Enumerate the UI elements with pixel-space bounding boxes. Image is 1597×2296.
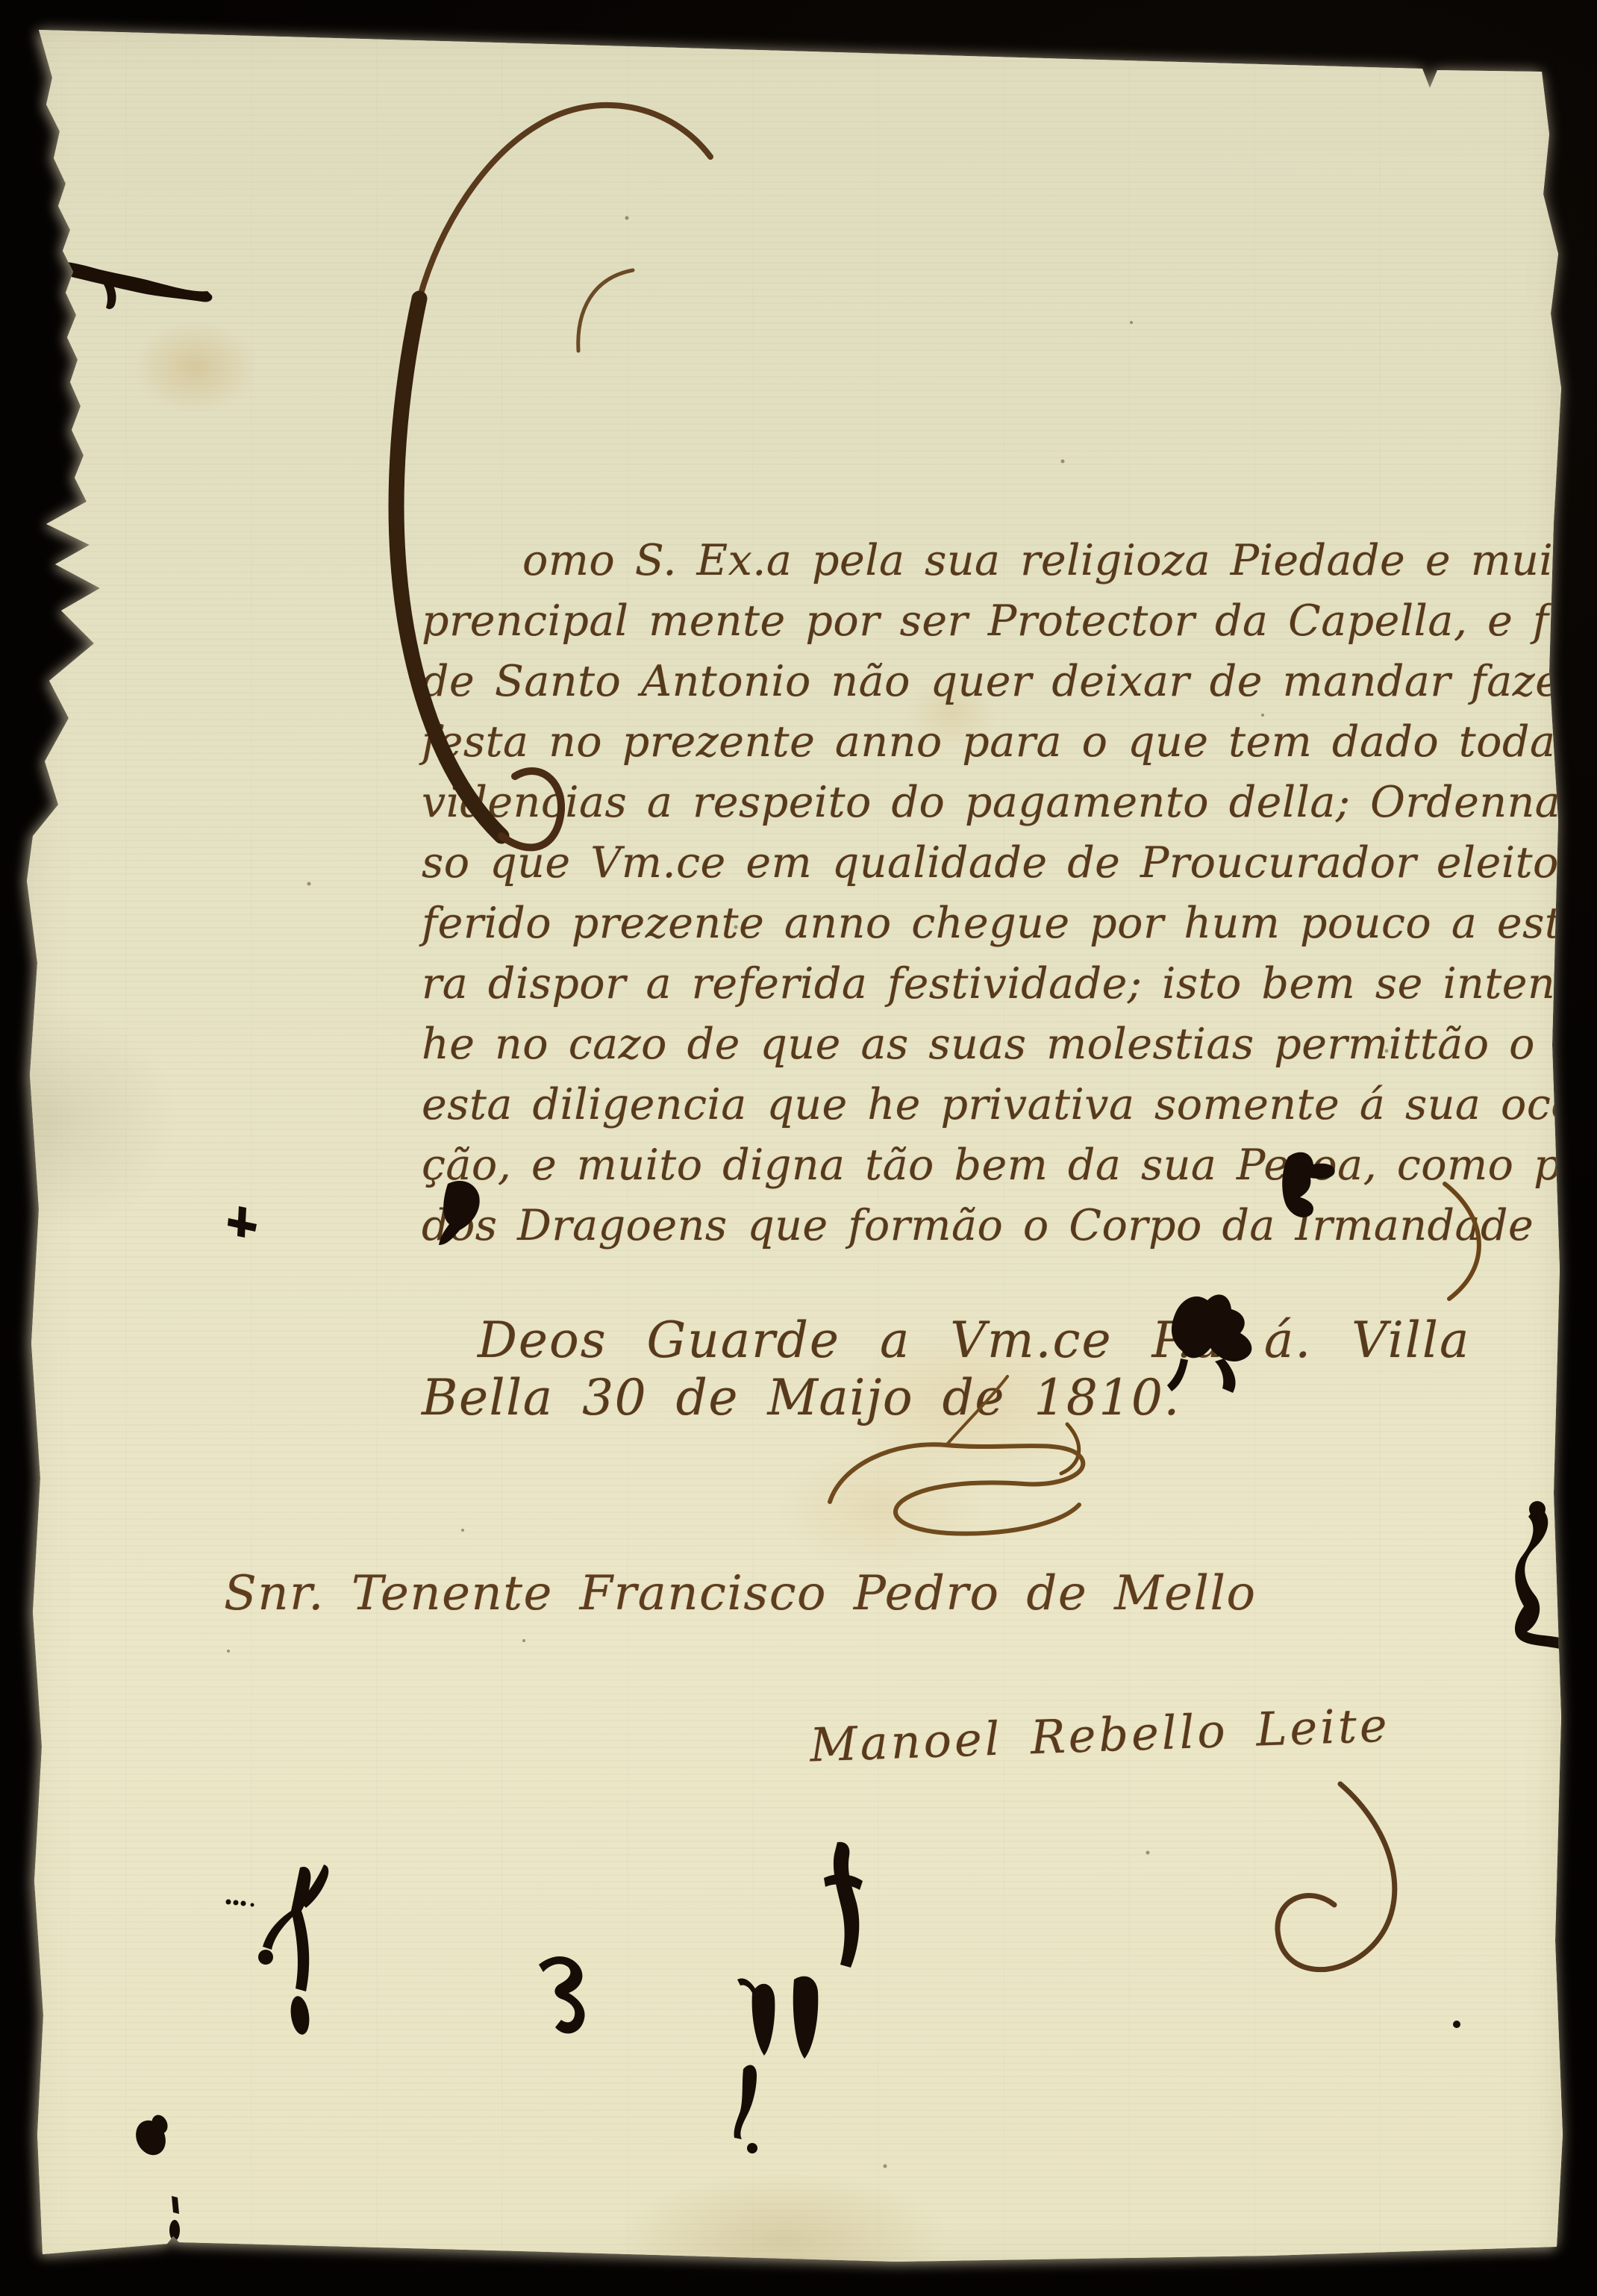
kidney-dash [172, 2196, 179, 2214]
date-comma-flourish-icon [1061, 1424, 1079, 1473]
manuscript-line-10: esta diligencia que he privativa somente… [422, 1080, 1597, 1129]
document-page: C omo S. Ex.a pela sua religioza Piedade… [0, 0, 1597, 2296]
initial-flourish-top-arc [419, 105, 710, 299]
teardrop-drip [734, 2065, 757, 2139]
crack-fork [101, 278, 116, 309]
right-blot-squiggle [1515, 1506, 1566, 1650]
speck [1261, 714, 1264, 717]
ink-blot-squiggle [539, 1956, 585, 2033]
manuscript-line-11: ção, e muito digna tão bem da sua Pesoa,… [422, 1141, 1597, 1190]
signature-text: Manoel Rebello Leite [809, 1697, 1391, 1772]
ink-blot-branched [226, 1865, 329, 2035]
paper-tear-crack [43, 261, 212, 309]
teardrop-left [737, 1979, 775, 2056]
branched-blot-foot [258, 1950, 273, 1965]
dateline: Bella 30 de Maijo de 1810. [422, 1369, 1181, 1426]
speck [1061, 460, 1065, 464]
speck [461, 1529, 464, 1532]
ink-blot-kidney [131, 2112, 180, 2241]
speck [307, 882, 311, 886]
initial-flourish-inner-curl [578, 270, 633, 351]
manuscript-line-12: dos Dragoens que formão o Corpo da Irman… [422, 1201, 1534, 1250]
teardrop-dot [747, 2143, 757, 2153]
paper-specks [227, 216, 1389, 2168]
manuscript-line-4: festa no prezente anno para o que tem da… [422, 717, 1597, 767]
teardrop-right [793, 1977, 819, 2059]
cross-bar-v [237, 1206, 246, 1238]
cross-bar-h [228, 1218, 257, 1232]
manuscript-line-1: omo S. Ex.a pela sua religioza Piedade e… [522, 536, 1596, 585]
kidney-drop [169, 2220, 180, 2241]
manuscript-line-6: so que Vm.ce em qualidade de Proucurador… [422, 838, 1597, 887]
dot-1 [226, 1900, 231, 1905]
addressee-line: Snr. Tenente Francisco Pedro de Mello [224, 1566, 1256, 1621]
ink-blot-under-signature [824, 1842, 863, 1968]
speck [1146, 1851, 1150, 1855]
speck [522, 1639, 525, 1642]
signature-flourish-icon [1278, 1784, 1395, 1970]
manuscript-line-7: ferido prezente anno chegue por hum pouc… [422, 899, 1597, 948]
manuscript-line-5: videncias a respeito do pagamento della;… [422, 778, 1597, 827]
rubric-loop [830, 1444, 1083, 1533]
speck [884, 2165, 887, 2168]
manuscript-line-9: he no cazo de que as suas molestias perm… [422, 1020, 1597, 1069]
manuscript-line-2: prencipal mente por ser Protector da Cap… [422, 596, 1597, 646]
dot-2 [234, 1900, 239, 1906]
manuscript-line-8: ra dispor a referida festividade; isto b… [422, 959, 1597, 1008]
ink-blot-margin-cross [228, 1206, 257, 1238]
kidney-lobe [149, 2112, 171, 2136]
manuscript-line-3: de Santo Antonio não quer deixar de mand… [422, 657, 1597, 706]
ink-blot-teardrops [734, 1977, 819, 2153]
speck [1130, 321, 1133, 324]
closing-salutation-line: Deos Guarde a Vm.ce P.a á. Villa [478, 1311, 1470, 1369]
t-blot-crossbar [824, 1874, 863, 1890]
dot-4 [251, 1903, 254, 1907]
crack-main [43, 261, 212, 302]
ink-dot-right [1453, 2021, 1460, 2028]
dot-3 [241, 1901, 246, 1906]
speck [625, 216, 629, 220]
kidney-body [131, 2115, 171, 2159]
branched-blot-body [263, 1867, 310, 1991]
branched-blot-arm [300, 1865, 328, 1908]
right-blot-head [1529, 1501, 1546, 1517]
paper-sheet: C omo S. Ex.a pela sua religioza Piedade… [0, 0, 1597, 2296]
branched-blot-drop [288, 1995, 311, 2036]
t-blot-stem [834, 1842, 859, 1968]
ink-blot-right-edge [1515, 1501, 1566, 1650]
speck [227, 1650, 230, 1653]
